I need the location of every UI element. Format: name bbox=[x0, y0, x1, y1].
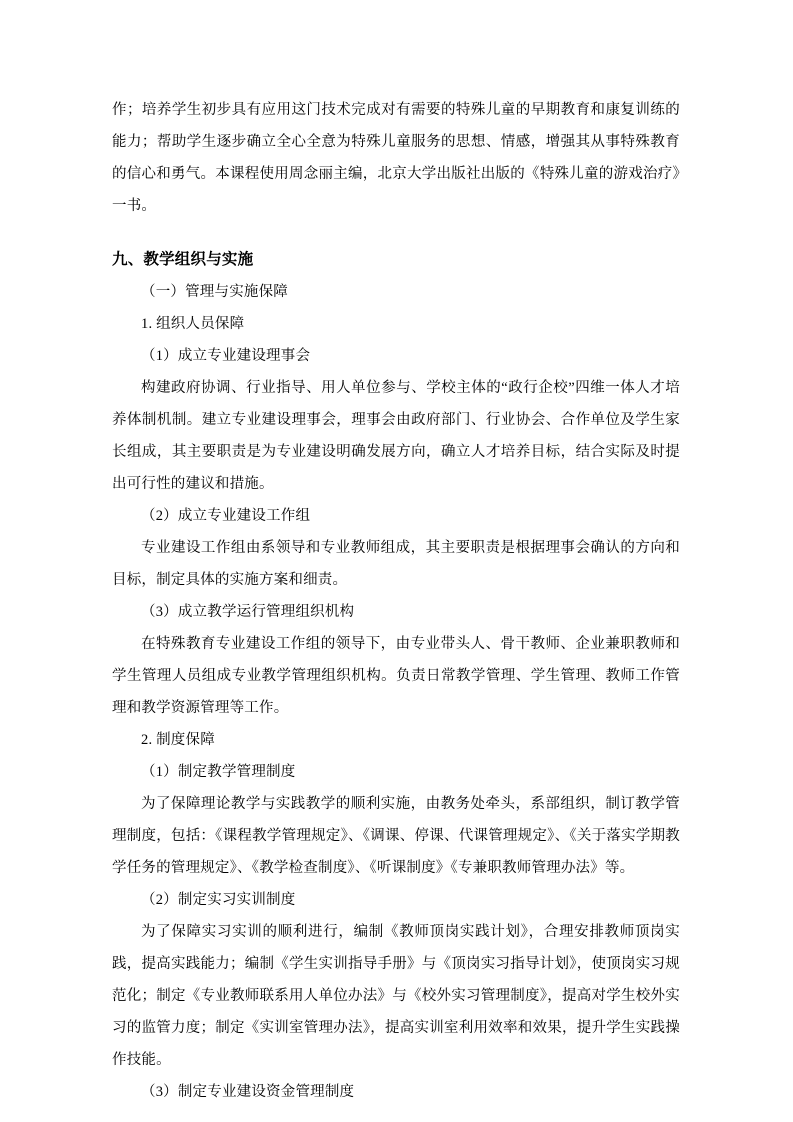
item-heading-establish-council: （1）成立专业建设理事会 bbox=[112, 340, 680, 372]
paragraph-continuation: 作；培养学生初步具有应用这门技术完成对有需要的特殊儿童的早期教育和康复训练的能力… bbox=[112, 94, 680, 222]
item-heading-teaching-organization: （3）成立教学运行管理组织机构 bbox=[112, 596, 680, 628]
section-heading-9: 九、教学组织与实施 bbox=[112, 244, 680, 276]
item-heading-establish-workgroup: （2）成立专业建设工作组 bbox=[112, 500, 680, 532]
item-heading-teaching-management: （1）制定教学管理制度 bbox=[112, 756, 680, 788]
subsection-heading-management: （一）管理与实施保障 bbox=[112, 276, 680, 308]
item-heading-practice-training: （2）制定实习实训制度 bbox=[112, 884, 680, 916]
body-paragraph-teaching-organization: 在特殊教育专业建设工作组的领导下，由专业带头人、骨干教师、企业兼职教师和学生管理… bbox=[112, 628, 680, 724]
document-page: 作；培养学生初步具有应用这门技术完成对有需要的特殊儿童的早期教育和康复训练的能力… bbox=[0, 0, 793, 1122]
body-paragraph-teaching-management: 为了保障理论教学与实践教学的顺利实施，由教务处牵头，系部组织，制订教学管理制度，… bbox=[112, 788, 680, 884]
item-heading-system-guarantee: 2. 制度保障 bbox=[112, 724, 680, 756]
body-paragraph-practice-training: 为了保障实习实训的顺利进行，编制《教师顶岗实践计划》，合理安排教师顶岗实践，提高… bbox=[112, 916, 680, 1076]
item-heading-fund-management: （3）制定专业建设资金管理制度 bbox=[112, 1076, 680, 1108]
body-paragraph-workgroup: 专业建设工作组由系领导和专业教师组成，其主要职责是根据理事会确认的方向和目标，制… bbox=[112, 532, 680, 596]
body-paragraph-council: 构建政府协调、行业指导、用人单位参与、学校主体的“政行企校”四维一体人才培养体制… bbox=[112, 372, 680, 500]
item-heading-personnel-guarantee: 1. 组织人员保障 bbox=[112, 308, 680, 340]
